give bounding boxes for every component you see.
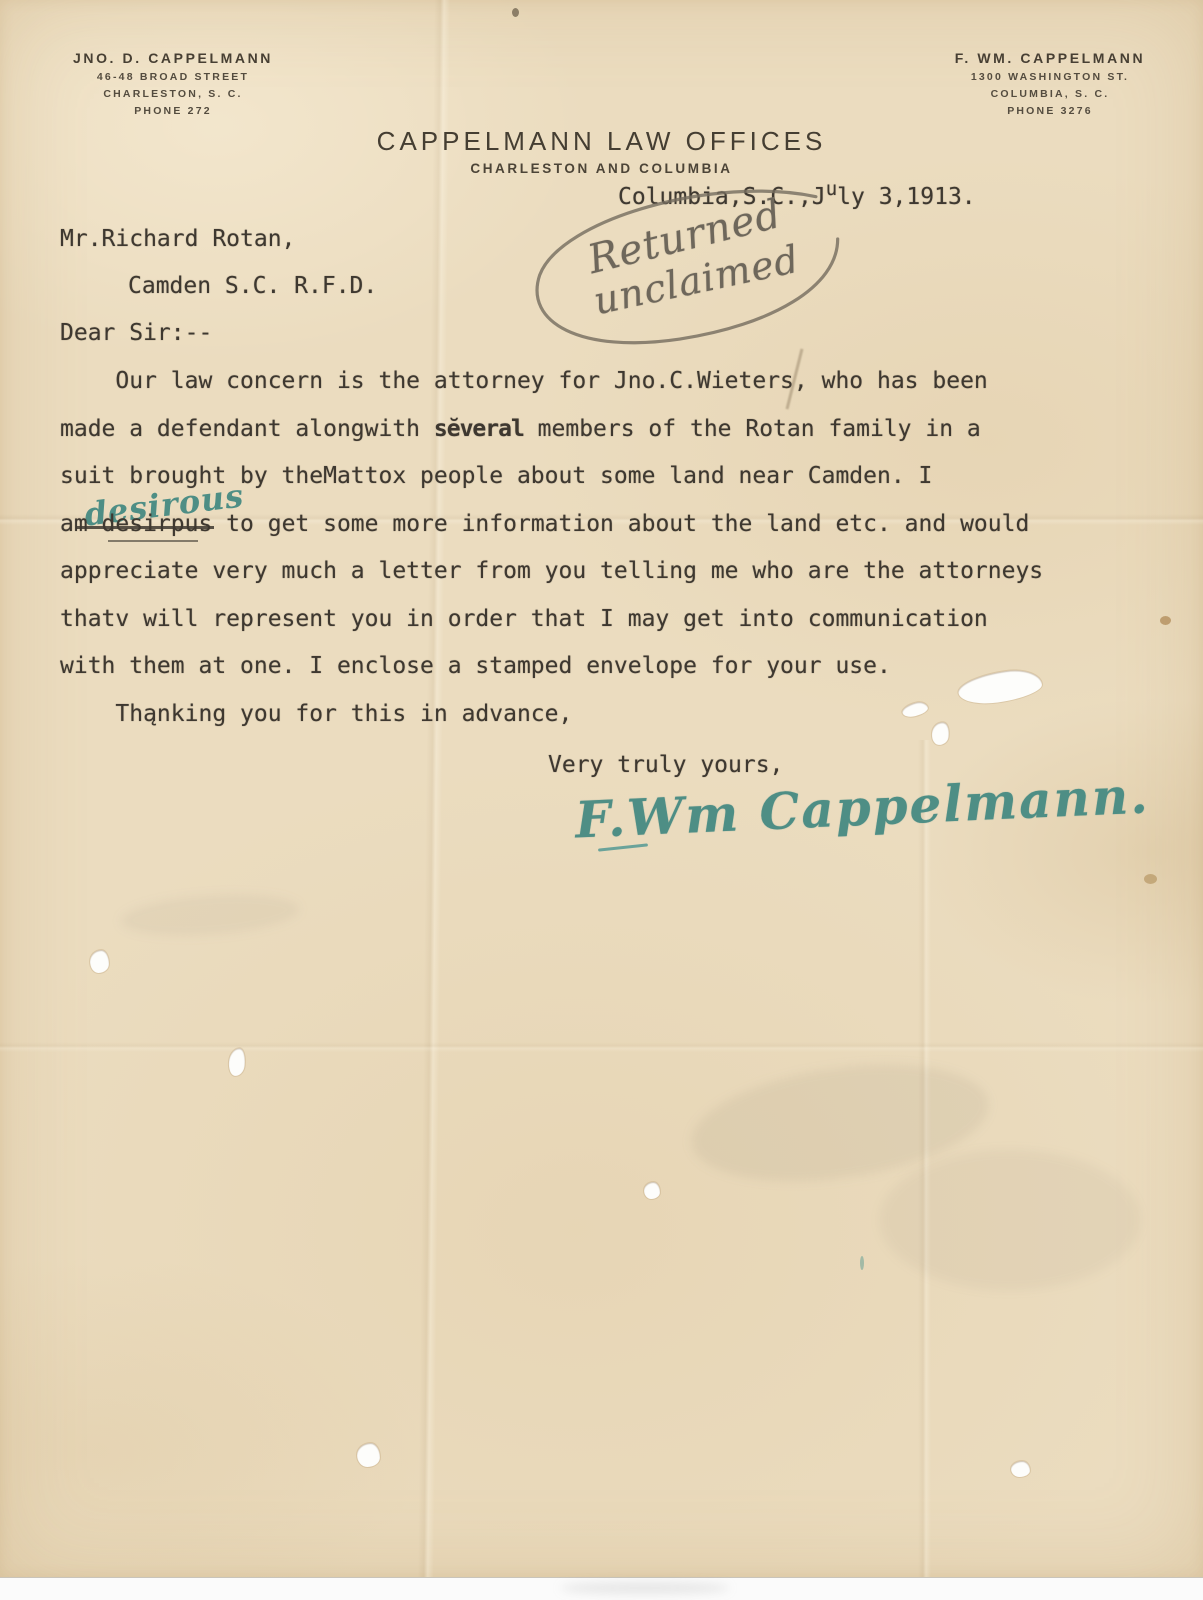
body-line-2-suffix: members of the Rotan family in a [524, 416, 981, 442]
letterhead-right-street: 1300 WASHINGTON ST. [925, 71, 1175, 83]
ink-speck-teal [860, 1256, 864, 1270]
masthead-subtitle: CHARLESTON AND COLUMBIA [0, 161, 1203, 176]
struck-word-desirpus: desirpus [102, 501, 213, 549]
letterhead-right: F. WM. CAPPELMANN 1300 WASHINGTON ST. CO… [925, 50, 1175, 117]
closing-line: Very truly yours, [548, 752, 783, 778]
letter-paper: JNO. D. CAPPELMANN 46-48 BROAD STREET CH… [0, 0, 1203, 1577]
body-line-5: appreciate very much a letter from you t… [60, 548, 1150, 596]
body-line-2: made a defendant alongwith sĕveral membe… [60, 406, 1150, 454]
letterhead-left-phone: PHONE 272 [48, 105, 298, 117]
body-line-1: Our law concern is the attorney for Jno.… [60, 358, 1150, 406]
letterhead-right-city: COLUMBIA, S. C. [925, 88, 1175, 100]
letterhead-right-phone: PHONE 3276 [925, 105, 1175, 117]
recipient-name-line: Mr.Richard Rotan, [60, 226, 295, 252]
overstruck-word-several: sĕveral [434, 416, 524, 442]
paper-hole [644, 1182, 660, 1199]
paper-hole [228, 1047, 247, 1077]
ghost-writing-smudge [119, 889, 301, 941]
paper-hole [1011, 1461, 1030, 1477]
horizontal-fold-crease-lower [0, 1042, 1203, 1052]
masthead-subtitle-row: CHARLESTON AND COLUMBIA [0, 161, 1203, 176]
dust-speck [512, 8, 519, 17]
paper-stain [1144, 874, 1157, 884]
signature: F.Wm Cappelmann. [574, 765, 1151, 849]
letterhead-left-city: CHARLESTON, S. C. [48, 88, 298, 100]
body-line-4-prefix: am [60, 511, 102, 537]
body-line-4: am desirpus to get some more information… [60, 501, 1150, 549]
body-line-3: suit brought by theMattox people about s… [60, 453, 1150, 501]
background-smudge [560, 1582, 730, 1594]
letterhead-left-name: JNO. D. CAPPELMANN [48, 50, 298, 66]
salutation: Dear Sir:-- [60, 320, 212, 346]
paper-stain [1160, 616, 1171, 625]
recipient-address-line: Camden S.C. R.F.D. [128, 273, 377, 299]
letterhead-right-name: F. WM. CAPPELMANN [925, 50, 1175, 66]
body-line-4-suffix: to get some more information about the l… [212, 511, 1029, 537]
masthead-title: CAPPELMANN LAW OFFICES [0, 126, 1203, 157]
masthead: CAPPELMANN LAW OFFICES [0, 126, 1203, 157]
letterhead-left: JNO. D. CAPPELMANN 46-48 BROAD STREET CH… [48, 50, 298, 117]
vertical-fold-crease-left [418, 0, 451, 1577]
ghost-writing-smudge [880, 1150, 1140, 1290]
body-line-2-prefix: made a defendant alongwith [60, 416, 434, 442]
letterhead-left-street: 46-48 BROAD STREET [48, 71, 298, 83]
paper-hole [90, 950, 109, 973]
paper-hole [357, 1443, 380, 1467]
body-line-6: thatv will represent you in order that I… [60, 596, 1150, 644]
